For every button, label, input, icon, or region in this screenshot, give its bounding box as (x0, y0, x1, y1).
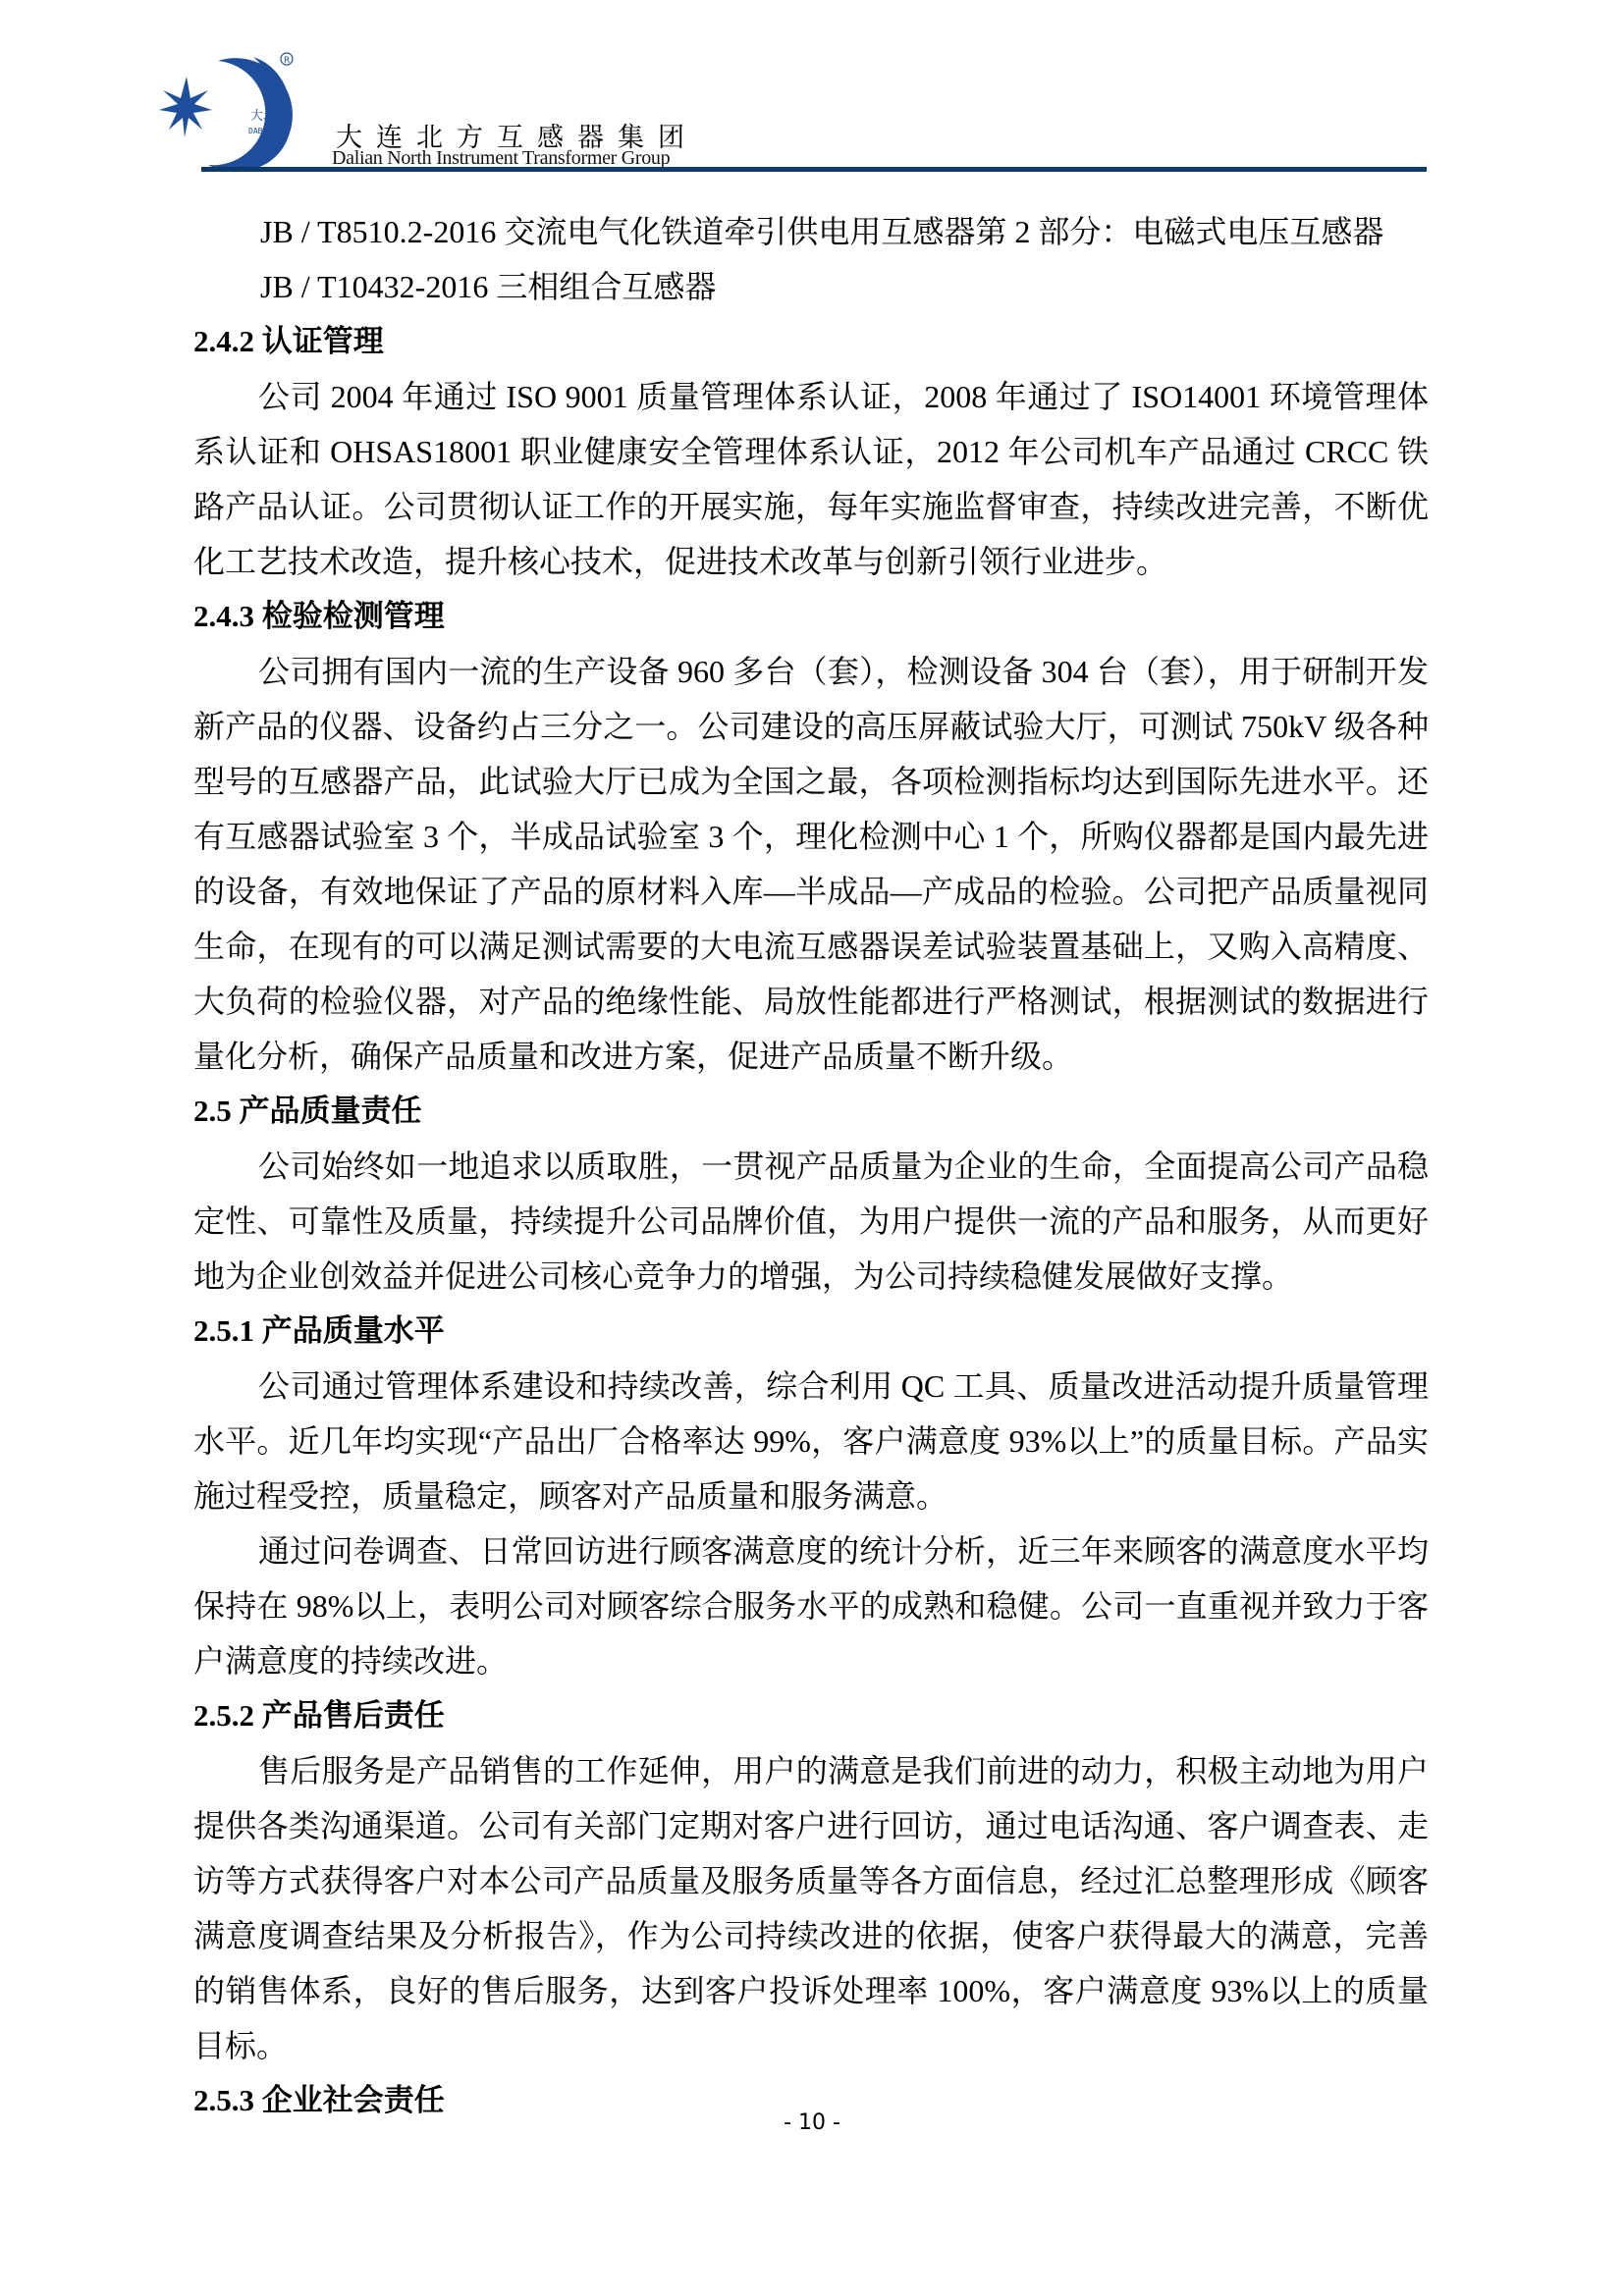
logo-text-cn: 大北互 (250, 108, 289, 124)
section-heading: 2.5.2 产品售后责任 (193, 1688, 1429, 1743)
svg-text:R: R (284, 56, 290, 66)
logo-text-en: DABEIHU (248, 127, 282, 135)
standard-item: JB / T8510.2-2016 交流电气化铁道牵引供电用互感器第 2 部分：… (193, 204, 1429, 259)
section-heading: 2.5 产品质量责任 (193, 1084, 1429, 1139)
paragraph: 公司通过管理体系建设和持续改善，综合利用 QC 工具、质量改进活动提升质量管理水… (193, 1359, 1429, 1523)
section-heading: 2.4.2 认证管理 (193, 314, 1429, 369)
paragraph: 公司 2004 年通过 ISO 9001 质量管理体系认证，2008 年通过了 … (193, 369, 1429, 589)
document-body: JB / T8510.2-2016 交流电气化铁道牵引供电用互感器第 2 部分：… (193, 204, 1429, 2128)
paragraph: 公司拥有国内一流的生产设备 960 多台（套），检测设备 304 台（套），用于… (193, 644, 1429, 1084)
paragraph: 售后服务是产品销售的工作延伸，用户的满意是我们前进的动力，积极主动地为用户提供各… (193, 1743, 1429, 2073)
paragraph: 公司始终如一地追求以质取胜，一贯视产品质量为企业的生命，全面提高公司产品稳定性、… (193, 1139, 1429, 1304)
header-divider (201, 167, 1427, 172)
paragraph: 通过问卷调查、日常回访进行顾客满意度的统计分析，近三年来顾客的满意度水平均保持在… (193, 1523, 1429, 1688)
standard-item: JB / T10432-2016 三相组合互感器 (193, 259, 1429, 314)
star-crescent-logo-icon: 大北互 DABEIHU R (157, 39, 304, 177)
page-header: 大北互 DABEIHU R 大连北方互感器集团 Dalian North Ins… (157, 39, 1434, 177)
section-heading: 2.4.3 检验检测管理 (193, 589, 1429, 644)
page-number: - 10 - (0, 2110, 1624, 2135)
section-heading: 2.5.1 产品质量水平 (193, 1304, 1429, 1359)
